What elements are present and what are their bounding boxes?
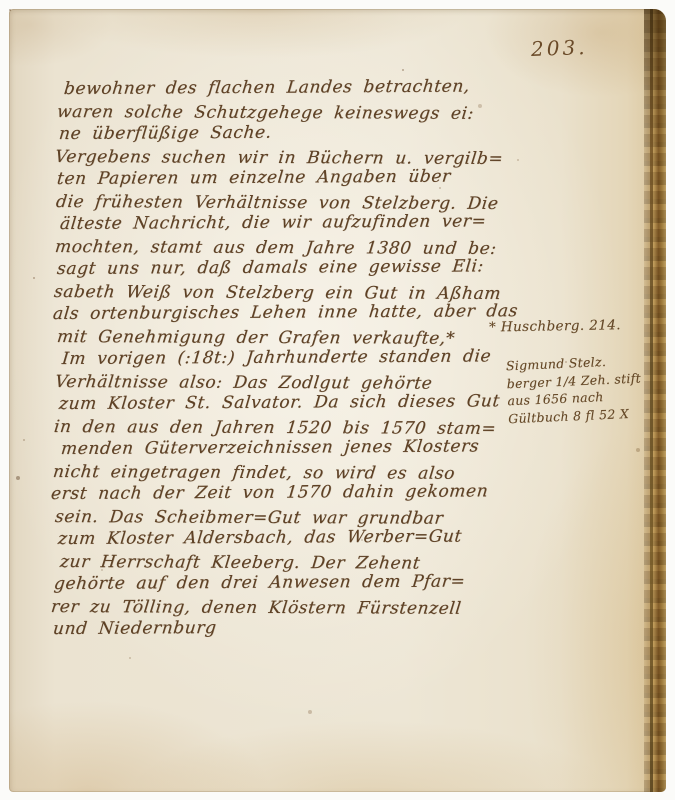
text-line: ten Papieren um einzelne Angaben über	[56, 165, 519, 190]
text-line: Im vorigen (:18t:) Jahrhunderte standen …	[61, 345, 519, 370]
text-line: gehörte auf den drei Anwesen dem Pfar=	[53, 570, 519, 595]
text-line: zum Kloster St. Salvator. Da sich dieses…	[58, 390, 519, 415]
margin-note-citation: * Huschberg. 214.	[489, 317, 659, 336]
text-line: als ortenburgisches Lehen inne hatte, ab…	[52, 300, 519, 325]
text-line: und Niedernburg	[52, 615, 519, 640]
margin-note-sigmund: Sigmund Stelz. berger 1/4 Zeh. stift aus…	[506, 351, 659, 427]
text-line: bewohner des flachen Landes betrachten,	[63, 75, 519, 100]
text-line: sagt uns nur, daß damals eine gewisse El…	[56, 255, 519, 280]
text-line: älteste Nachricht, die wir aufzufinden v…	[59, 210, 519, 235]
manuscript-scan: 203. bewohner des flachen Landes betrach…	[0, 0, 675, 800]
text-line: erst nach der Zeit von 1570 dahin gekome…	[50, 480, 519, 505]
text-line: zum Kloster Aldersbach, das Werber=Gut	[57, 525, 519, 550]
text-line: ne überflüßige Sache.	[58, 120, 519, 145]
text-line: menden Güterverzeichnissen jenes Kloster…	[60, 435, 519, 460]
folio-number: 203.	[531, 35, 588, 61]
manuscript-text: bewohner des flachen Landes betrachten, …	[57, 78, 517, 648]
foxing-specks	[9, 9, 11, 11]
